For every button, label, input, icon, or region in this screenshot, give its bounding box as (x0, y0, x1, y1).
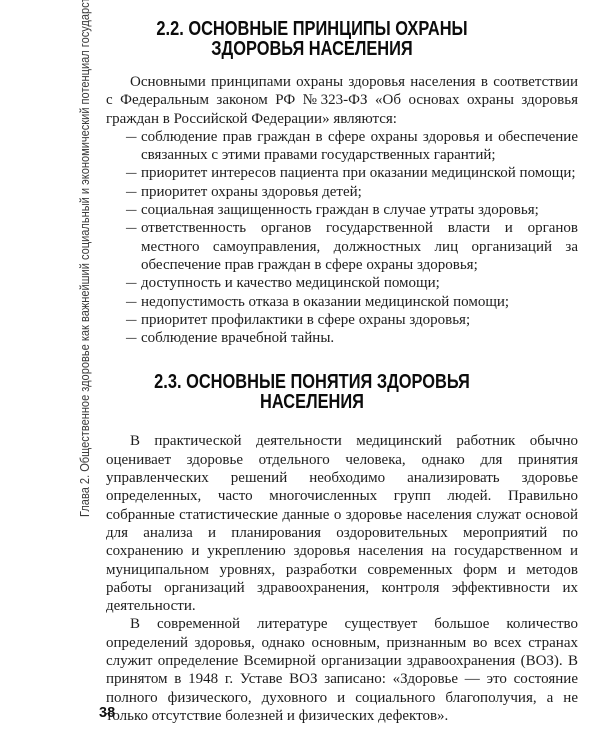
list-item-text: ответственность органов государственной … (141, 219, 578, 274)
dash-marker: — (126, 293, 137, 311)
list-item-text: недопустимость отказа в оказании медицин… (141, 293, 578, 311)
list-item: — социальная защищенность граждан в случ… (126, 201, 578, 219)
dash-marker: — (126, 274, 137, 292)
list-item-text: социальная защищенность граждан в случае… (141, 201, 578, 219)
section-2-2-title: 2.2. ОСНОВНЫЕ ПРИНЦИПЫ ОХРАНЫ ЗДОРОВЬЯ Н… (118, 20, 505, 59)
book-page: Глава 2. Общественное здоровье как важне… (0, 0, 600, 750)
section-2-2-intro-paragraph: Основными принципами охраны здоровья нас… (106, 73, 578, 128)
dash-marker: — (126, 183, 137, 201)
section-2-3-paragraph-1: В практической деятельности медицинский … (106, 432, 578, 615)
dash-marker: — (126, 164, 137, 182)
list-item: — соблюдение врачебной тайны. (126, 329, 578, 347)
list-item: — недопустимость отказа в оказании медиц… (126, 293, 578, 311)
section-2-3-paragraph-2: В современной литературе существует боль… (106, 615, 578, 725)
list-item: — приоритет охраны здоровья детей; (126, 183, 578, 201)
chapter-sidebar-caption: Глава 2. Общественное здоровье как важне… (77, 0, 93, 517)
section-2-3-title: 2.3. ОСНОВНЫЕ ПОНЯТИЯ ЗДОРОВЬЯ НАСЕЛЕНИЯ (118, 373, 505, 412)
list-item-text: соблюдение прав граждан в сфере охраны з… (141, 128, 578, 165)
principles-list: — соблюдение прав граждан в сфере охраны… (106, 128, 578, 348)
list-item: — доступность и качество медицинской пом… (126, 274, 578, 292)
list-item-text: доступность и качество медицинской помощ… (141, 274, 578, 292)
list-item-text: соблюдение врачебной тайны. (141, 329, 578, 347)
dash-marker: — (126, 311, 137, 329)
list-item: — приоритет интересов пациента при оказа… (126, 164, 578, 182)
page-number: 38 (99, 704, 115, 721)
list-item: — соблюдение прав граждан в сфере охраны… (126, 128, 578, 165)
dash-marker: — (126, 219, 137, 237)
dash-marker: — (126, 329, 137, 347)
list-item-text: приоритет охраны здоровья детей; (141, 183, 578, 201)
list-item: — ответственность органов государственно… (126, 219, 578, 274)
dash-marker: — (126, 128, 137, 146)
list-item: — приоритет профилактики в сфере охраны … (126, 311, 578, 329)
page-content: 2.2. ОСНОВНЫЕ ПРИНЦИПЫ ОХРАНЫ ЗДОРОВЬЯ Н… (106, 0, 578, 725)
dash-marker: — (126, 201, 137, 219)
list-item-text: приоритет профилактики в сфере охраны зд… (141, 311, 578, 329)
list-item-text: приоритет интересов пациента при оказани… (141, 164, 578, 182)
